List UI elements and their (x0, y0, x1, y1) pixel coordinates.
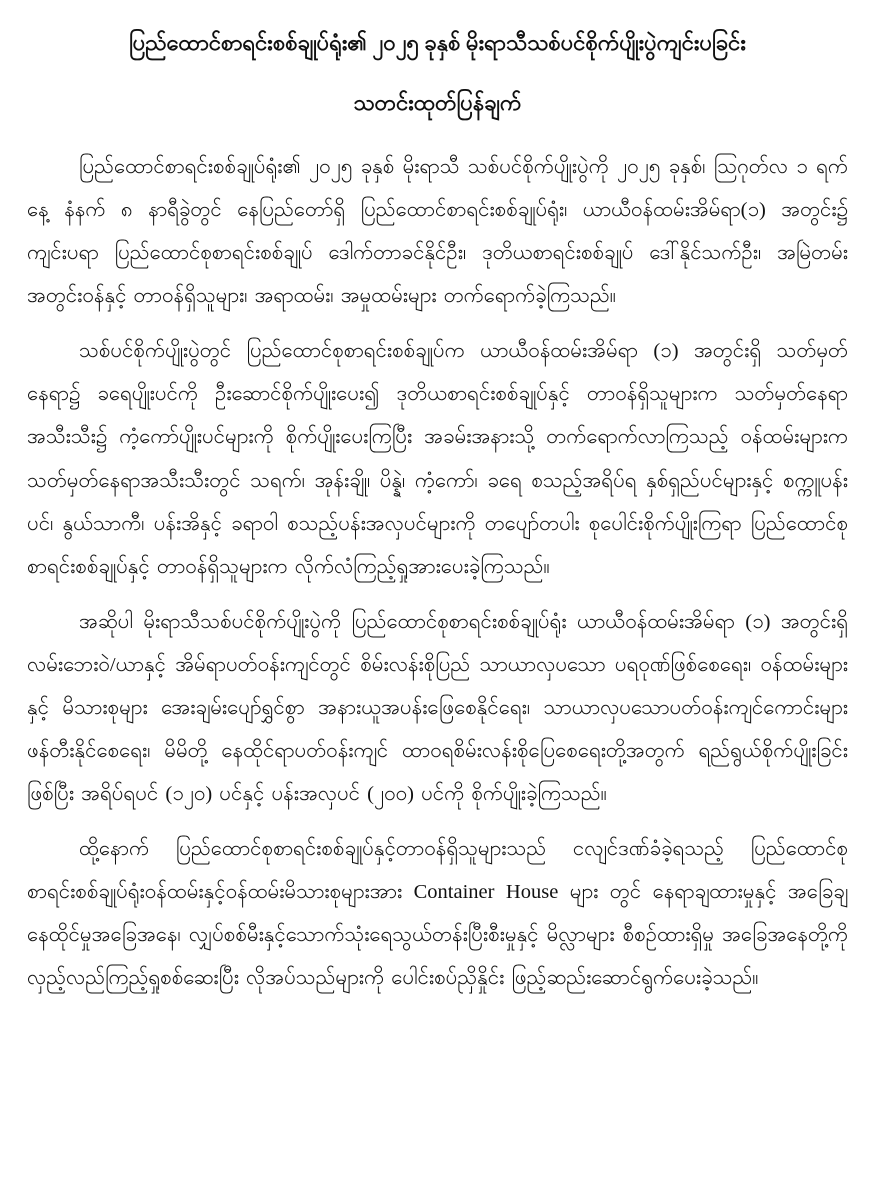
paragraph-container-house-inspection: ထို့နောက် ပြည်ထောင်စုစာရင်းစစ်ချုပ်နှင့်… (27, 828, 848, 1000)
document-title-line1: ပြည်ထောင်စာရင်းစစ်ချုပ်ရုံး၏ ၂၀၂၅ ခုနှစ်… (27, 26, 848, 60)
document-title-line2: သတင်းထုတ်ပြန်ချက် (27, 86, 848, 120)
document-title-block: ပြည်ထောင်စာရင်းစစ်ချုပ်ရုံး၏ ၂၀၂၅ ခုနှစ်… (27, 26, 848, 120)
paragraph-purpose-and-counts: အဆိုပါ မိုးရာသီသစ်ပင်စိုက်ပျိုးပွဲကို ပြ… (27, 601, 848, 816)
document-page: ပြည်ထောင်စာရင်းစစ်ချုပ်ရုံး၏ ၂၀၂၅ ခုနှစ်… (0, 0, 875, 1200)
paragraph-opening-ceremony: ပြည်ထောင်စာရင်းစစ်ချုပ်ရုံး၏ ၂၀၂၅ ခုနှစ်… (27, 146, 848, 318)
paragraph-planting-activity: သစ်ပင်စိုက်ပျိုးပွဲတွင် ပြည်ထောင်စုစာရင်… (27, 330, 848, 588)
